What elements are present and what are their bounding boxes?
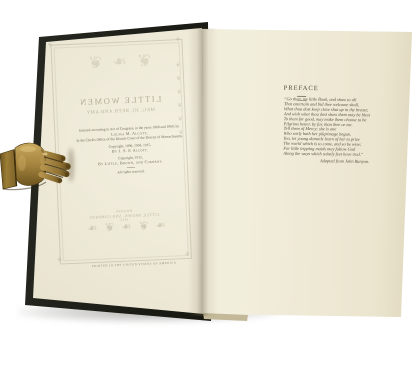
poem-attribution: Adapted from John Bunyan. <box>283 158 369 164</box>
copyright-rule <box>127 167 135 168</box>
brass-hand-figure <box>0 133 74 197</box>
preface-heading: PREFACE <box>206 83 396 94</box>
right-page-content: PREFACE “Go then, my little Book, and sh… <box>208 33 402 316</box>
corner-ornament-icon: ✛ <box>47 42 52 49</box>
corner-ornament-icon: ✛ <box>175 36 180 43</box>
corner-ornament-icon: ✛ <box>185 251 190 258</box>
preface-poem: “Go then, my little Book, and show to al… <box>283 97 416 159</box>
corner-ornament-icon: ✛ <box>57 256 62 263</box>
photo-open-book: ✛ ✛ ✛ ✛ ❦ ❧ ❦ ❦ ❦ ❦ ❦ ❦ ❦ LITTLE WOMEN M… <box>0 0 416 373</box>
